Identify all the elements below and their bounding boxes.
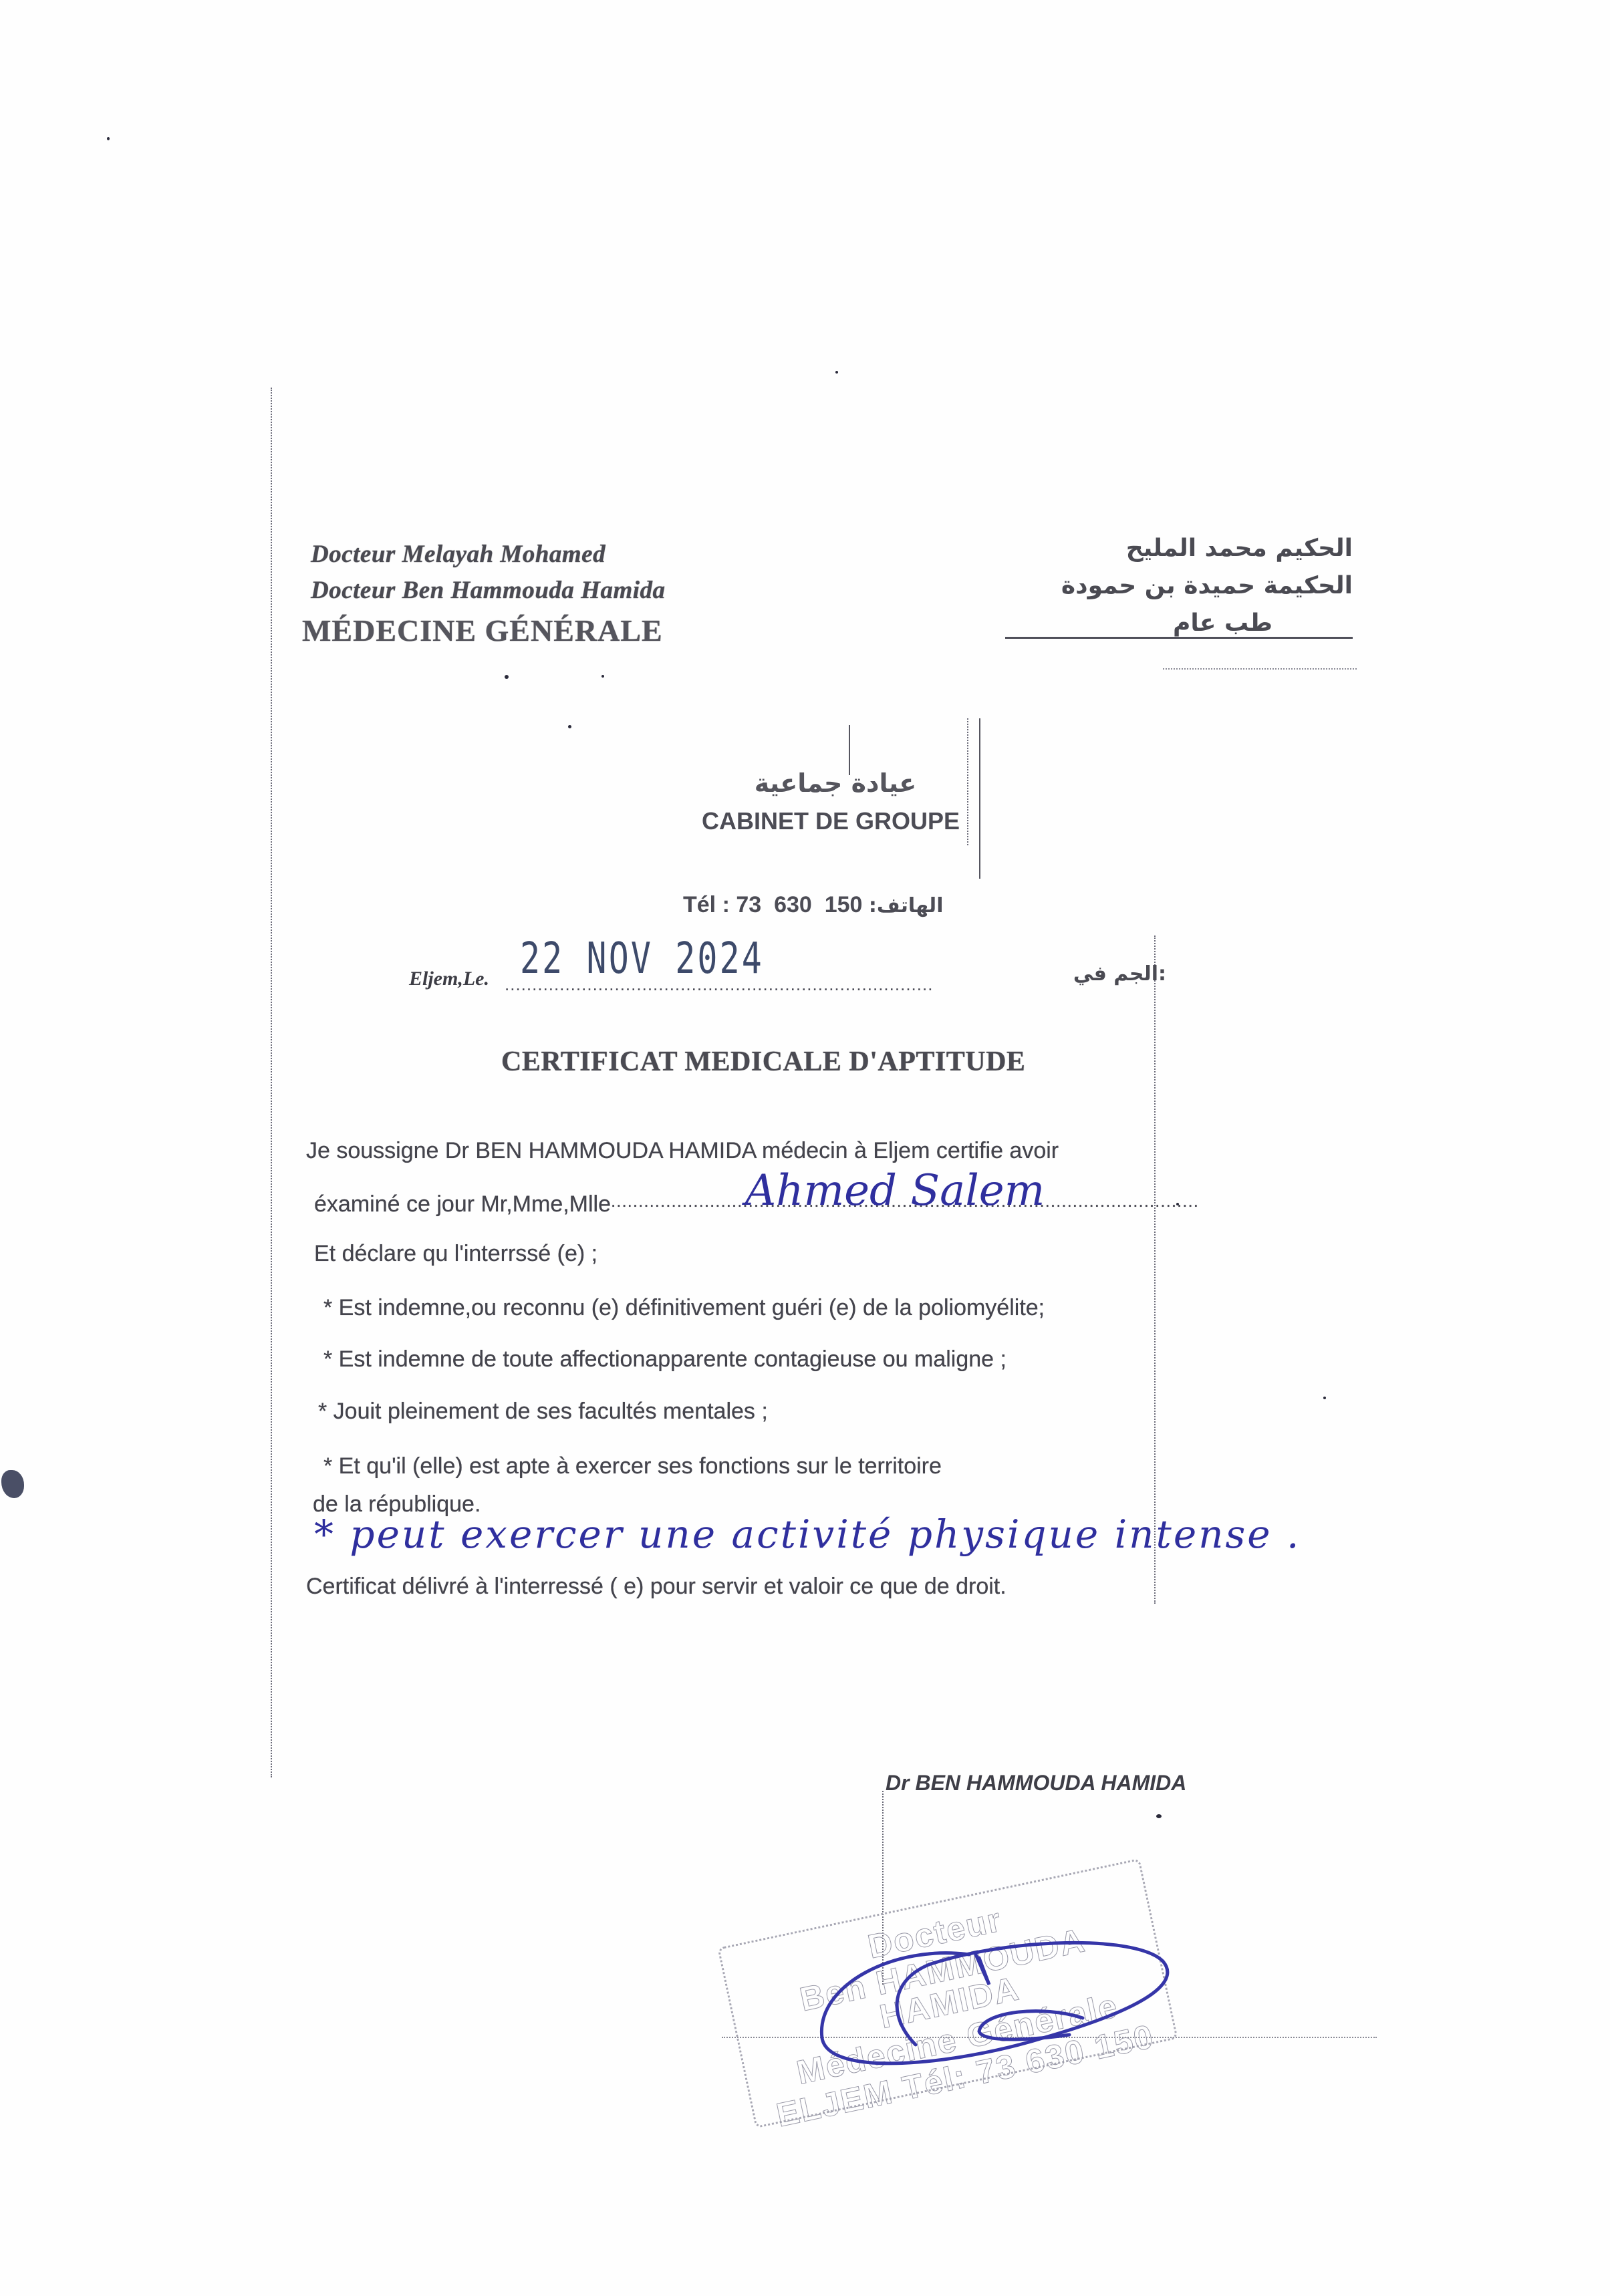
certificate-line-3: Et déclare qu l'interrssé (e) ; — [314, 1241, 597, 1267]
speck — [568, 725, 571, 728]
speck — [505, 675, 509, 679]
bullet-3: * Jouit pleinement de ses facultés menta… — [318, 1399, 768, 1425]
header-dotted-line — [1163, 668, 1357, 670]
handwritten-addition: * peut exercer une activité physique int… — [314, 1512, 1301, 1557]
speck — [1156, 1814, 1162, 1818]
cabinet-phone: Tél : 73 630 150 :الهاتف — [683, 892, 943, 918]
date-dotted-fill: ........................................… — [505, 974, 1026, 995]
place-label-arabic: :الجم في — [1033, 962, 1166, 986]
phone-number: 73 630 150 — [736, 892, 862, 917]
right-fold-line-2 — [979, 718, 980, 879]
speck — [1323, 1397, 1326, 1399]
patient-name-handwritten: Ahmed Salem — [745, 1166, 1045, 1215]
doctor-name-2: Docteur Ben Hammouda Hamida — [311, 576, 666, 605]
speck — [107, 137, 110, 140]
examined-prefix: éxaminé ce jour Mr,Mme,Mlle — [314, 1191, 611, 1217]
speck — [835, 371, 838, 374]
right-fold-line-3 — [1154, 936, 1156, 1604]
speck — [601, 675, 604, 678]
arabic-doctor-name-2: الحكيمة حميدة بن حمودة — [952, 572, 1353, 599]
divider-line-top — [849, 725, 850, 775]
phone-label-arabic: :الهاتف — [869, 894, 944, 917]
phone-label: Tél : — [683, 892, 730, 917]
place-label: Eljem,Le. — [409, 968, 489, 990]
ink-blot — [1, 1470, 24, 1498]
handwritten-signature — [789, 1924, 1203, 2085]
certificate-line-1: Je soussigne Dr BEN HAMMOUDA HAMIDA méde… — [306, 1138, 1059, 1164]
bullet-4: * Et qu'il (elle) est apte à exercer ses… — [323, 1453, 942, 1479]
arabic-doctor-name-1: الحكيم محمد المليح — [952, 535, 1353, 562]
cabinet-name-arabic: عيادة جماعية — [695, 768, 976, 798]
doctor-name-1: Docteur Melayah Mohamed — [311, 540, 606, 569]
arabic-specialty: طب عام — [1005, 609, 1353, 639]
bullet-1: * Est indemne,ou reconnu (e) définitivem… — [323, 1295, 1045, 1321]
certificate-closing: Certificat délivré à l'interressé ( e) p… — [306, 1574, 1007, 1600]
specialty-title: MÉDECINE GÉNÉRALE — [302, 613, 663, 648]
signer-name: Dr BEN HAMMOUDA HAMIDA — [886, 1771, 1186, 1796]
left-border-line — [271, 388, 272, 1777]
certificate-title: CERTIFICAT MEDICALE D'APTITUDE — [501, 1046, 1025, 1078]
bullet-2: * Est indemne de toute affectionapparent… — [323, 1346, 1007, 1373]
cabinet-name: CABINET DE GROUPE — [702, 807, 960, 835]
